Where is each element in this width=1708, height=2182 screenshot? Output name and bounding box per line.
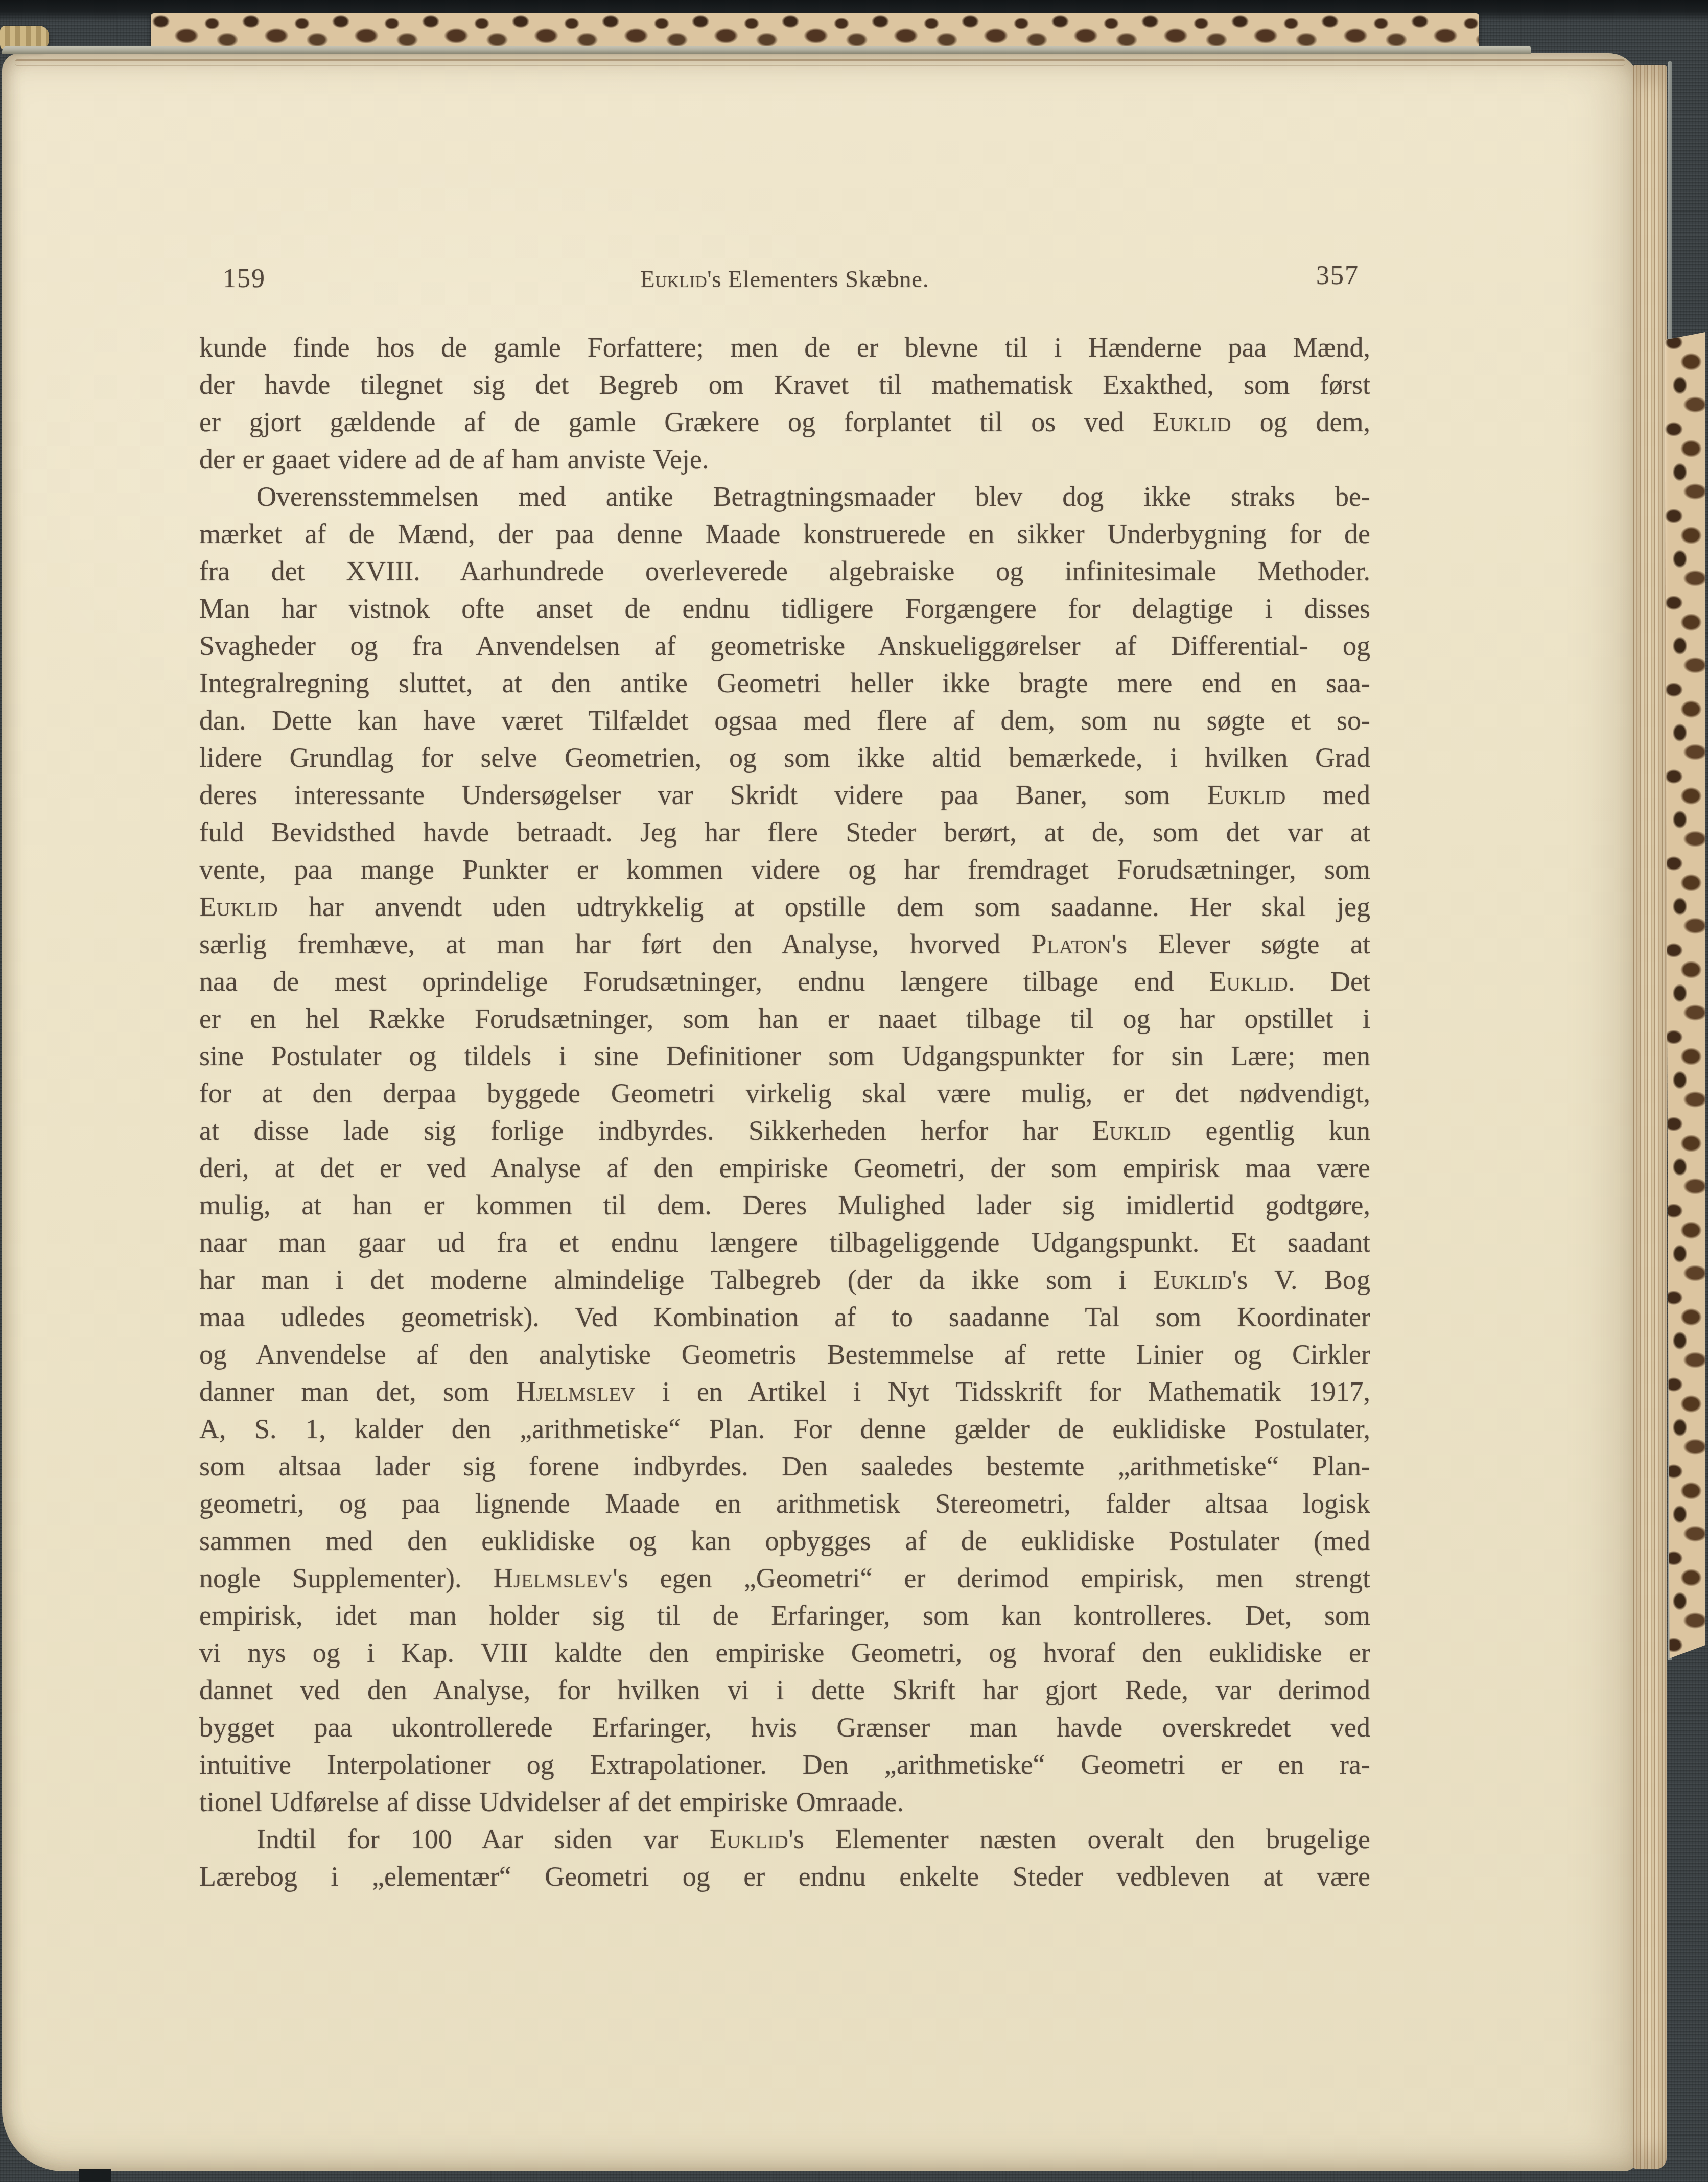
text-line: særlig fremhæve, at man har ført den Ana… [199, 926, 1370, 963]
page-edges-fore-edge [1633, 65, 1667, 2169]
board-edge-highlight [2, 46, 1531, 54]
text-line: der er gaaet videre ad de af ham anviste… [199, 441, 1370, 478]
book-page: 159 Euklid's Elementers Skæbne. 357 kund… [2, 53, 1639, 2171]
marbled-leather-right-strip [1665, 332, 1705, 1658]
page-stack-top-rule [15, 59, 1625, 66]
text-line: geometri, og paa lignende Maade en arith… [199, 1485, 1370, 1522]
text-line: sine Postulater og tildels i sine Defini… [199, 1038, 1370, 1075]
text-line: sammen med den euklidiske og kan opbygge… [199, 1522, 1370, 1560]
text-line: fuld Bevidsthed havde betraadt. Jeg har … [199, 814, 1370, 851]
text-line: mærket af de Mænd, der paa denne Maade k… [199, 515, 1370, 553]
text-line: er gjort gældende af de gamle Grækere og… [199, 404, 1370, 441]
running-title: Euklid's Elementers Skæbne. [199, 266, 1370, 293]
text-line: danner man det, som Hjelmslev i en Artik… [199, 1373, 1370, 1411]
text-line: tionel Udførelse af disse Udvidelser af … [199, 1784, 1370, 1821]
text-line: Overensstemmelsen med antike Betragtning… [199, 478, 1370, 515]
text-line: A, S. 1, kalder den „arithmetiske“ Plan.… [199, 1411, 1370, 1448]
text-line: lidere Grundlag for selve Geometrien, og… [199, 739, 1370, 777]
text-line: nogle Supplementer). Hjelmslev's egen „G… [199, 1560, 1370, 1597]
text-line: naar man gaar ud fra et endnu længere ti… [199, 1224, 1370, 1261]
text-line: der havde tilegnet sig det Begreb om Kra… [199, 366, 1370, 404]
text-line: dannet ved den Analyse, for hvilken vi i… [199, 1672, 1370, 1709]
text-line: at disse lade sig forlige indbyrdes. Sik… [199, 1112, 1370, 1149]
marbled-leather-top-strip [151, 13, 1479, 49]
text-line: maa udledes geometrisk). Ved Kombination… [199, 1299, 1370, 1336]
text-line: har man i det moderne almindelige Talbeg… [199, 1261, 1370, 1299]
text-line: Man har vistnok ofte anset de endnu tidl… [199, 590, 1370, 627]
text-line: mulig, at han er kommen til dem. Deres M… [199, 1187, 1370, 1224]
text-line: bygget paa ukontrollerede Erfaringer, hv… [199, 1709, 1370, 1746]
text-line: naa de mest oprindelige Forudsætninger, … [199, 963, 1370, 1000]
text-line: fra det XVIII. Aarhundrede overleverede … [199, 553, 1370, 590]
text-line: og Anvendelse af den analytiske Geometri… [199, 1336, 1370, 1373]
text-line: som altsaa lader sig forene indbyrdes. D… [199, 1448, 1370, 1485]
text-line: Euklid har anvendt uden udtrykkelig at o… [199, 888, 1370, 926]
book-scan: 159 Euklid's Elementers Skæbne. 357 kund… [0, 0, 1708, 2182]
text-line: vente, paa mange Punkter er kommen vider… [199, 851, 1370, 888]
text-block: kunde finde hos de gamle Forfattere; men… [199, 329, 1370, 1895]
text-line: Lærebog i „elementær“ Geometri og er end… [199, 1858, 1370, 1895]
text-line: Indtil for 100 Aar siden var Euklid's El… [199, 1821, 1370, 1858]
text-line: intuitive Interpolationer og Extrapolati… [199, 1746, 1370, 1784]
text-line: vi nys og i Kap. VIII kaldte den empiris… [199, 1634, 1370, 1672]
text-line: empirisk, idet man holder sig til de Erf… [199, 1597, 1370, 1634]
text-line: Svagheder og fra Anvendelsen af geometri… [199, 627, 1370, 665]
text-line: er en hel Række Forudsætninger, som han … [199, 1000, 1370, 1038]
text-line: dan. Dette kan have været Tilfældet ogsa… [199, 702, 1370, 739]
right-page-number: 357 [1316, 261, 1359, 291]
text-line: deri, at det er ved Analyse af den empir… [199, 1149, 1370, 1187]
text-line: kunde finde hos de gamle Forfattere; men… [199, 329, 1370, 366]
page-header: 159 Euklid's Elementers Skæbne. 357 [199, 260, 1370, 306]
text-line: deres interessante Undersøgelser var Skr… [199, 777, 1370, 814]
cover-bottom-notch [79, 2169, 111, 2182]
text-line: Integralregning sluttet, at den antike G… [199, 665, 1370, 702]
text-line: for at den derpaa byggede Geometri virke… [199, 1075, 1370, 1112]
